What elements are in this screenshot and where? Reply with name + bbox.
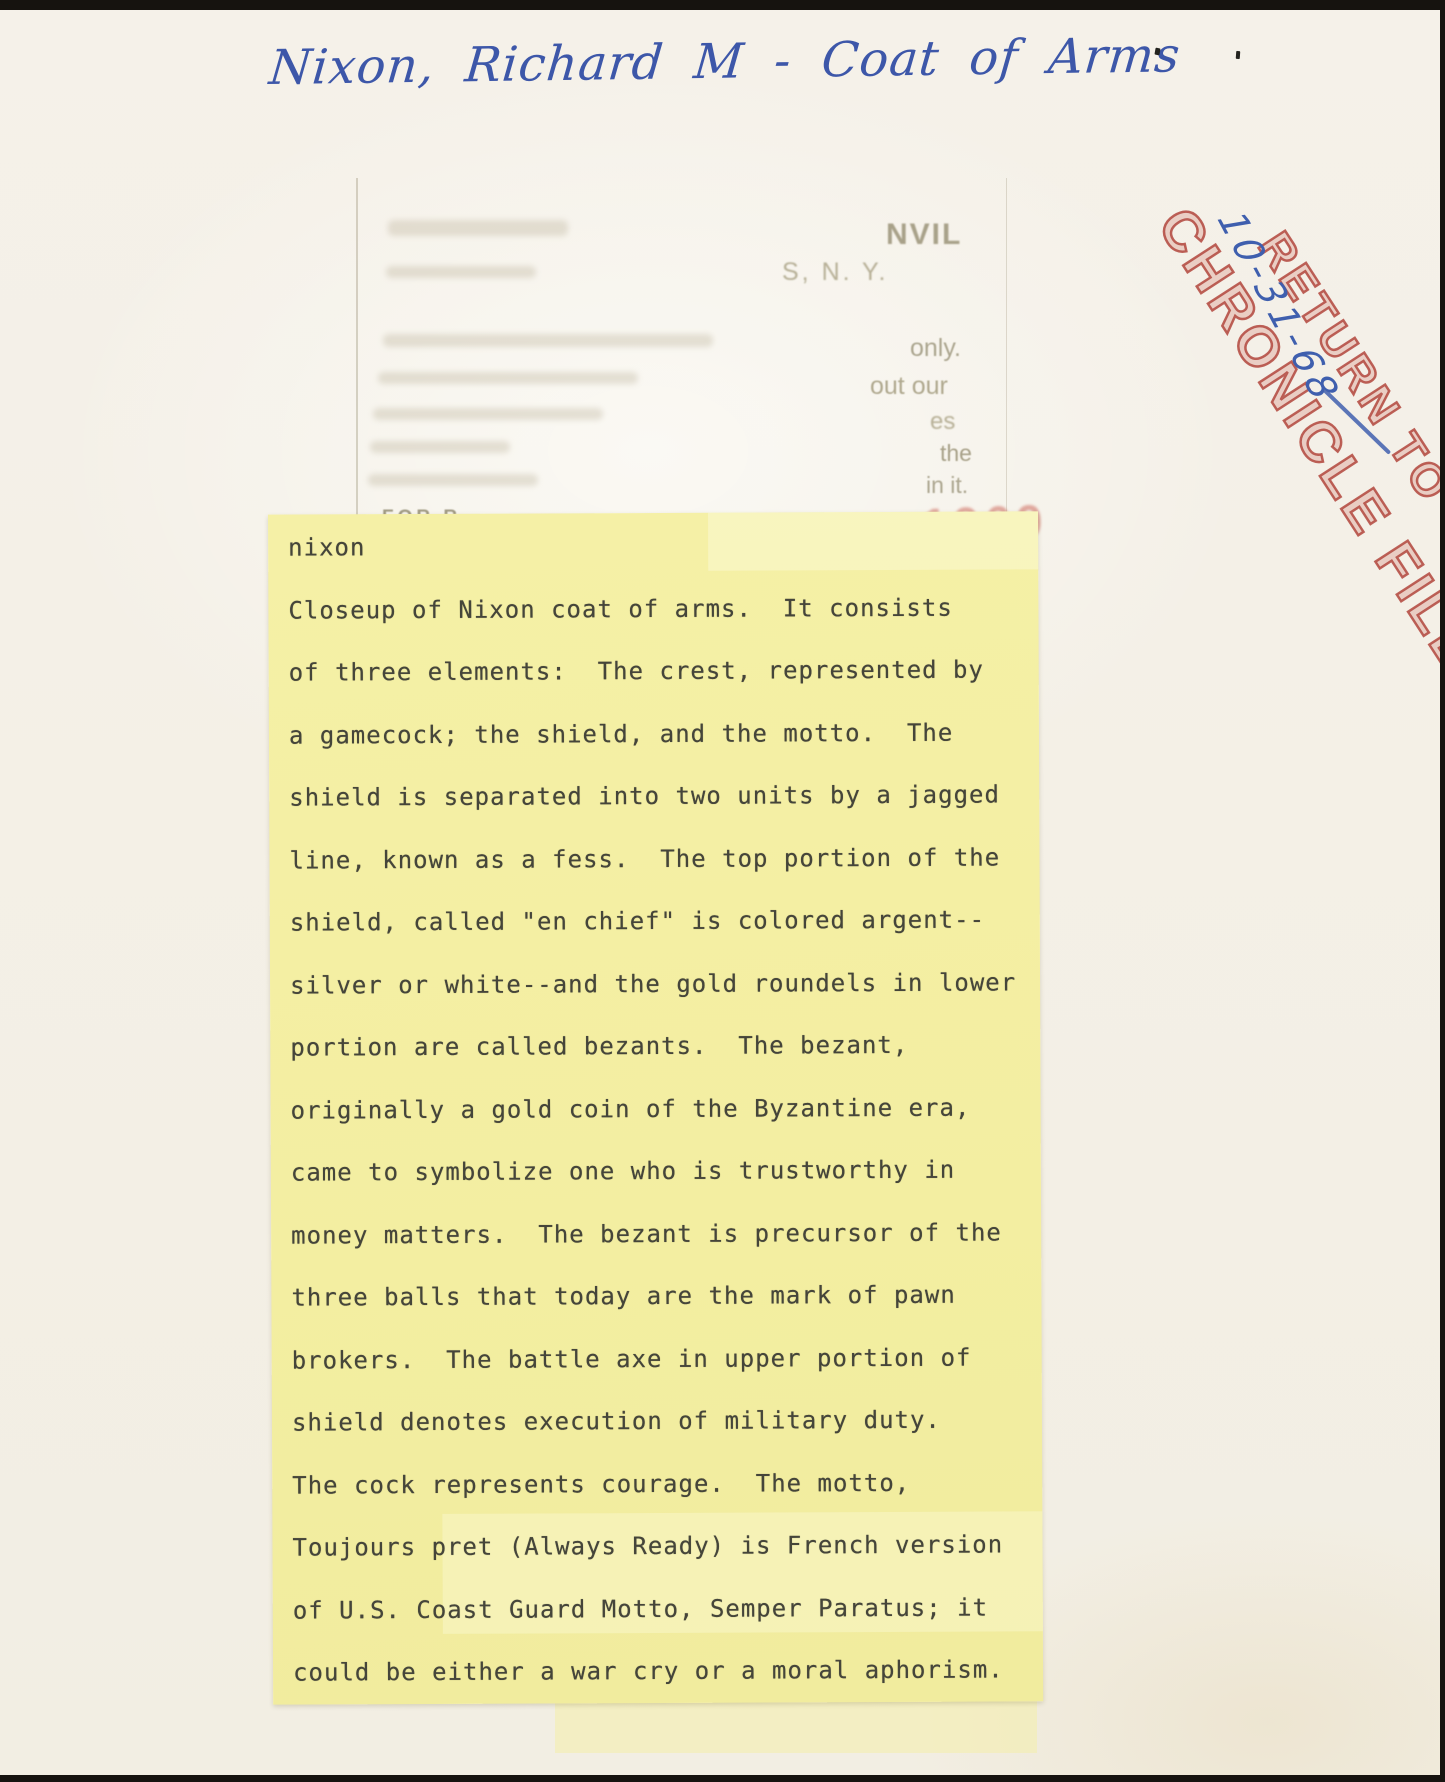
photo-paper: Nixon, Richard M - Coat of Arms NVILS, N… [0, 10, 1440, 1775]
faded-stamp-smudge [373, 408, 603, 420]
faded-stamp-fragment: out our [870, 372, 948, 401]
caption-line: came to symbolize one who is trustworthy… [291, 1138, 1023, 1204]
caption-line: shield is separated into two units by a … [289, 763, 1021, 829]
caption-line: silver or white--and the gold roundels i… [290, 951, 1022, 1017]
faded-stamp-fragment: NVIL [886, 218, 962, 252]
caption-line: three balls that today are the mark of p… [291, 1263, 1023, 1329]
faded-stamp-fragment: S, N. Y. [782, 258, 888, 287]
faded-stamp-smudge [388, 220, 568, 236]
faded-stamp-fragment: only. [910, 334, 961, 363]
faded-stamp-smudge [370, 441, 510, 453]
faded-stamp-fragment: the [940, 440, 972, 467]
ink-speck [1236, 51, 1241, 59]
faded-stamp-fragment: in it. [926, 472, 968, 499]
faded-stamp-smudge [368, 474, 538, 486]
caption-line: of three elements: The crest, represente… [289, 638, 1021, 704]
caption-line: could be either a war cry or a moral aph… [293, 1638, 1025, 1704]
caption-line: nixon [288, 513, 1020, 579]
caption-line: line, known as a fess. The top portion o… [289, 826, 1021, 892]
faded-stamp-fragment: es [930, 408, 955, 436]
caption-text: nixonCloseup of Nixon coat of arms. It c… [268, 511, 1043, 1704]
caption-line: Toujours pret (Always Ready) is French v… [292, 1513, 1024, 1579]
faded-stamp-smudge [378, 372, 638, 384]
caption-line: money matters. The bezant is precursor o… [291, 1201, 1023, 1267]
caption-line: shield denotes execution of military dut… [292, 1388, 1024, 1454]
caption-line: a gamecock; the shield, and the motto. T… [289, 701, 1021, 767]
caption-slip: nixonCloseup of Nixon coat of arms. It c… [268, 511, 1043, 1704]
faded-agency-stamp: NVILS, N. Y.only.out ouresthein it. [356, 178, 1007, 518]
caption-line: shield, called "en chief" is colored arg… [290, 888, 1022, 954]
caption-line: The cock represents courage. The motto, [292, 1451, 1024, 1517]
caption-line: brokers. The battle axe in upper portion… [292, 1326, 1024, 1392]
caption-line: originally a gold coin of the Byzantine … [290, 1076, 1022, 1142]
handwritten-title: Nixon, Richard M - Coat of Arms [267, 27, 1183, 96]
caption-line: Closeup of Nixon coat of arms. It consis… [288, 576, 1020, 642]
faded-stamp-smudge [383, 334, 713, 347]
caption-line: of U.S. Coast Guard Motto, Semper Paratu… [293, 1576, 1025, 1642]
faded-stamp-smudge [386, 266, 536, 278]
slip-adhesive-residue [555, 1698, 1037, 1753]
photo-back-scan: Nixon, Richard M - Coat of Arms NVILS, N… [0, 0, 1445, 1782]
caption-line: portion are called bezants. The bezant, [290, 1013, 1022, 1079]
